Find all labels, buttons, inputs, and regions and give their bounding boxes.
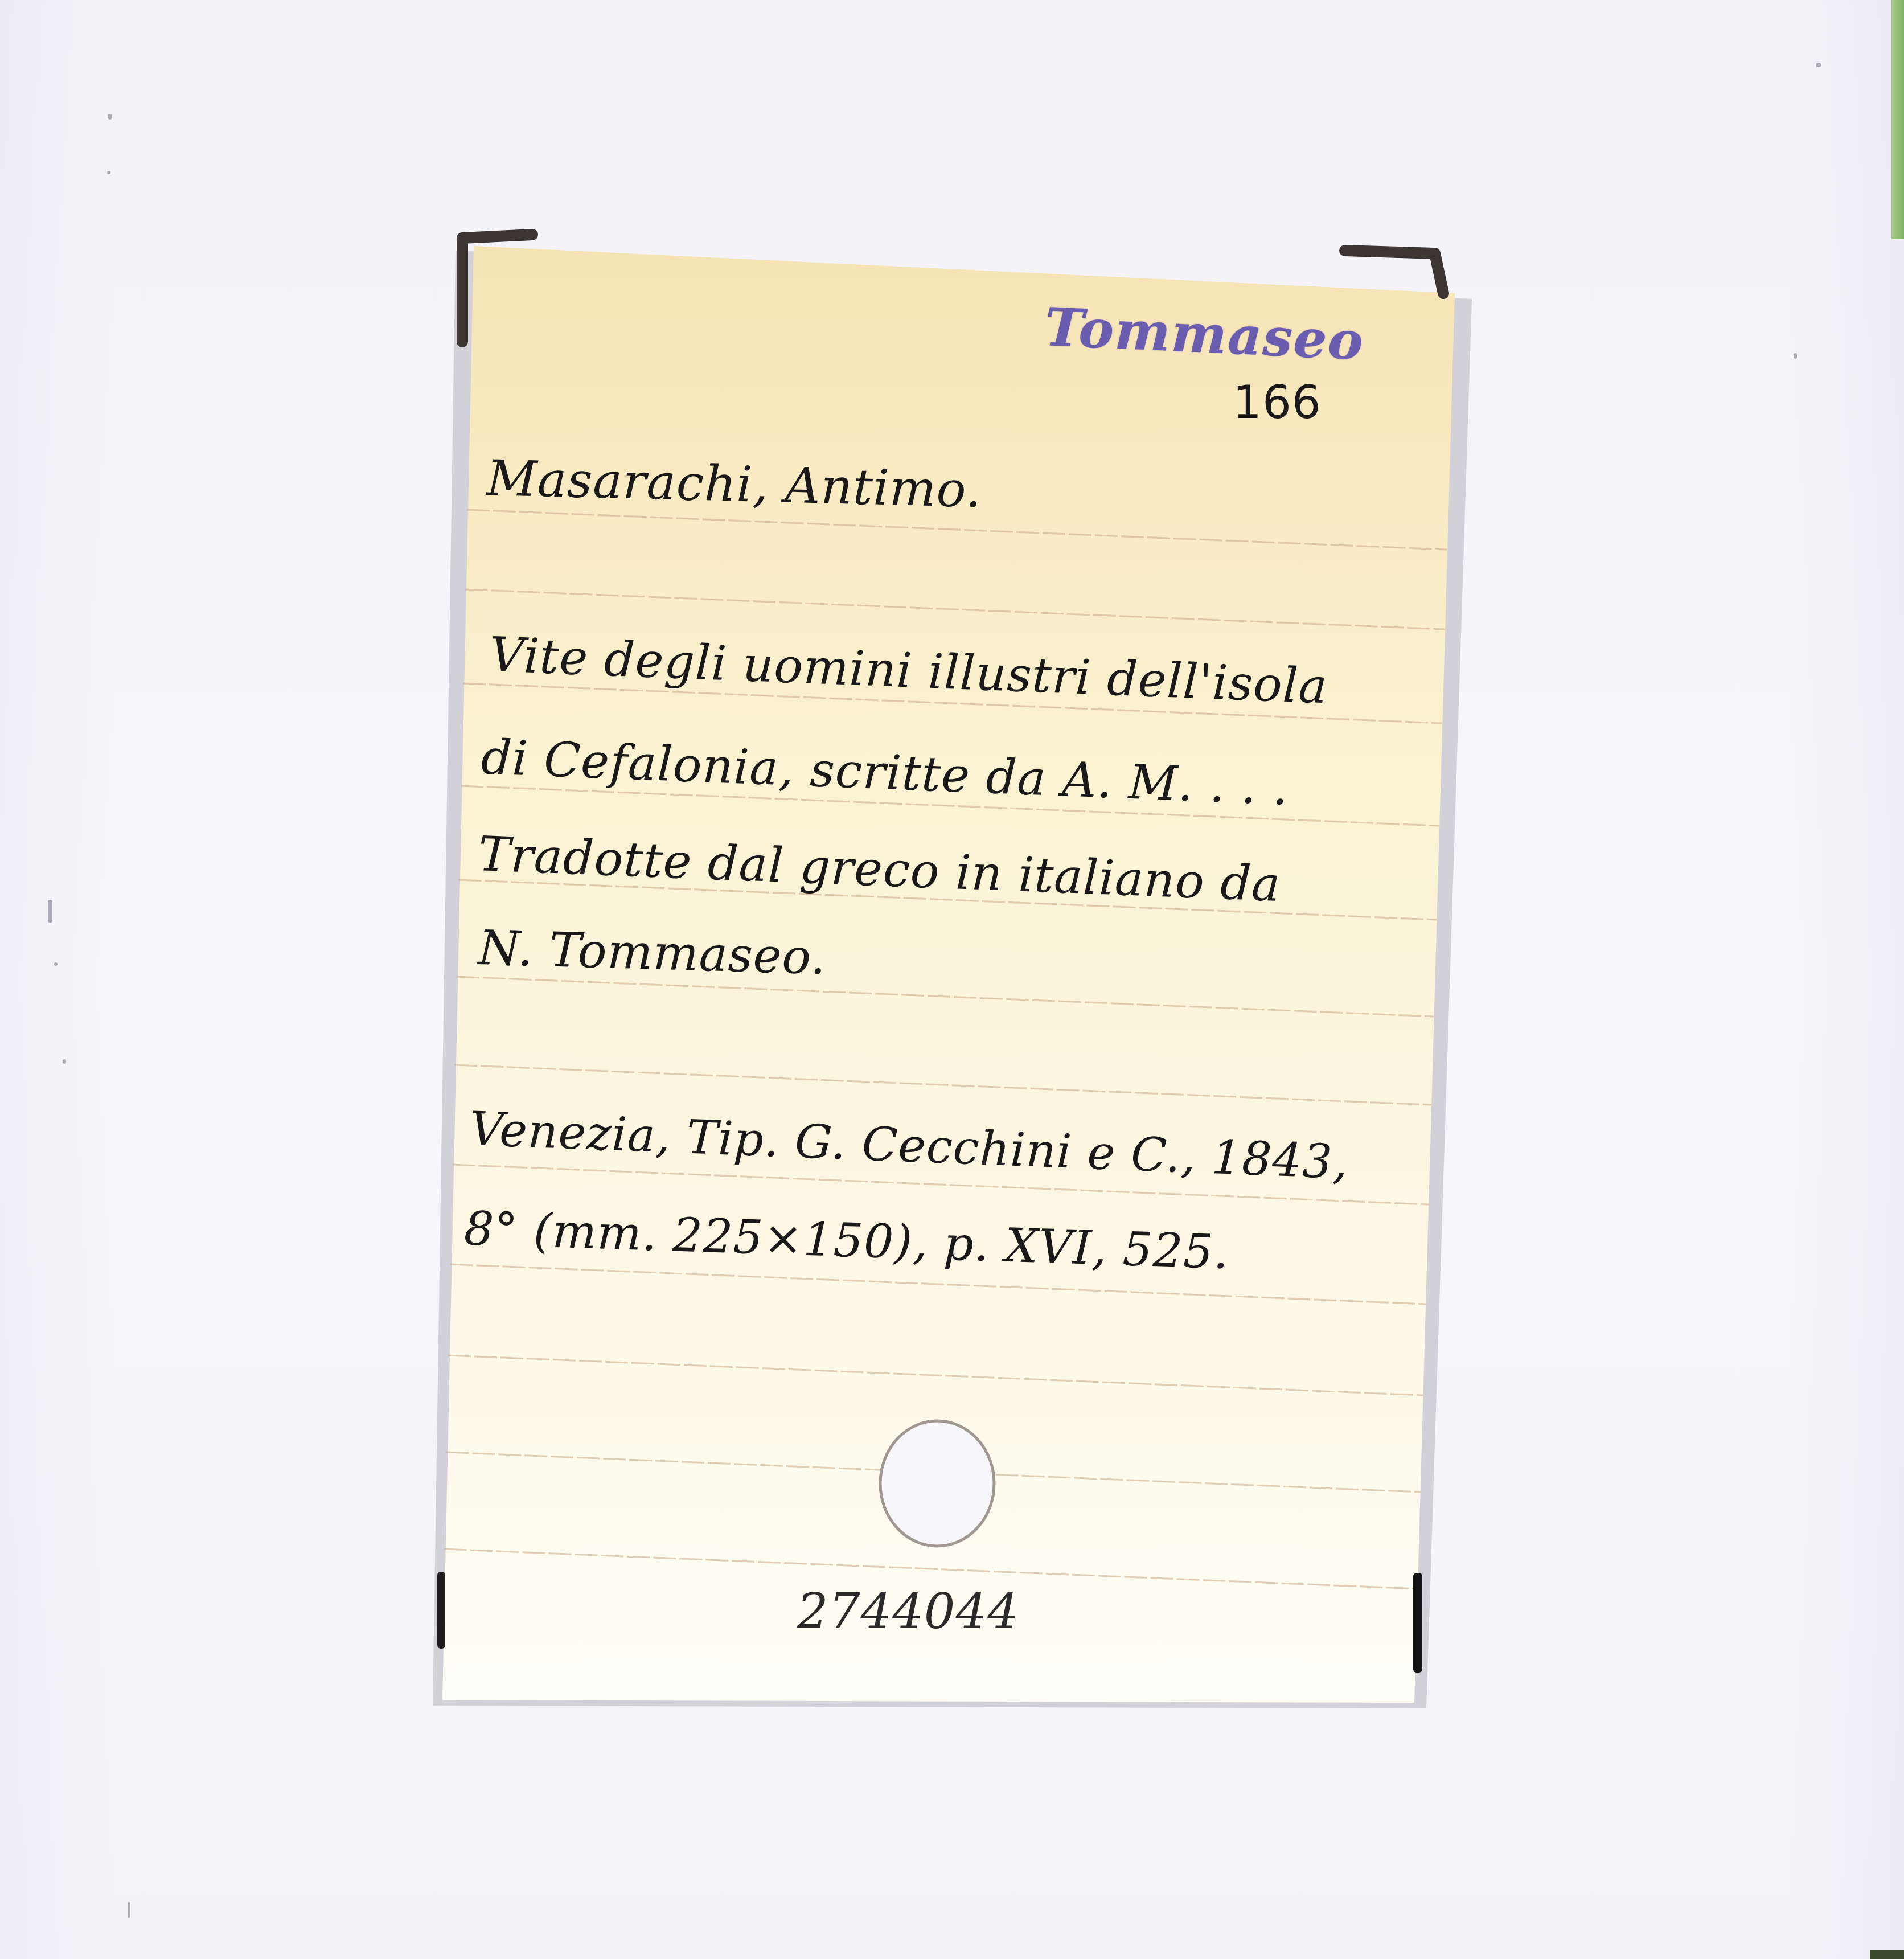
bottom-right-clip-icon [1413, 1573, 1422, 1673]
title-line-4: N. Tommaseo. [478, 920, 827, 985]
shelf-number: 166 [1233, 376, 1322, 429]
catalog-card: Tommaseo 166 Masarachi, Antimo. Vite deg… [0, 0, 1904, 1959]
top-right-clip-icon [1345, 251, 1443, 293]
bottom-left-clip-icon [437, 1572, 445, 1649]
inventory-number: 2744044 [797, 1583, 1019, 1640]
card-graphics [0, 0, 1904, 1959]
punched-hole [880, 1421, 994, 1546]
author-heading: Masarachi, Antimo. [486, 450, 983, 519]
